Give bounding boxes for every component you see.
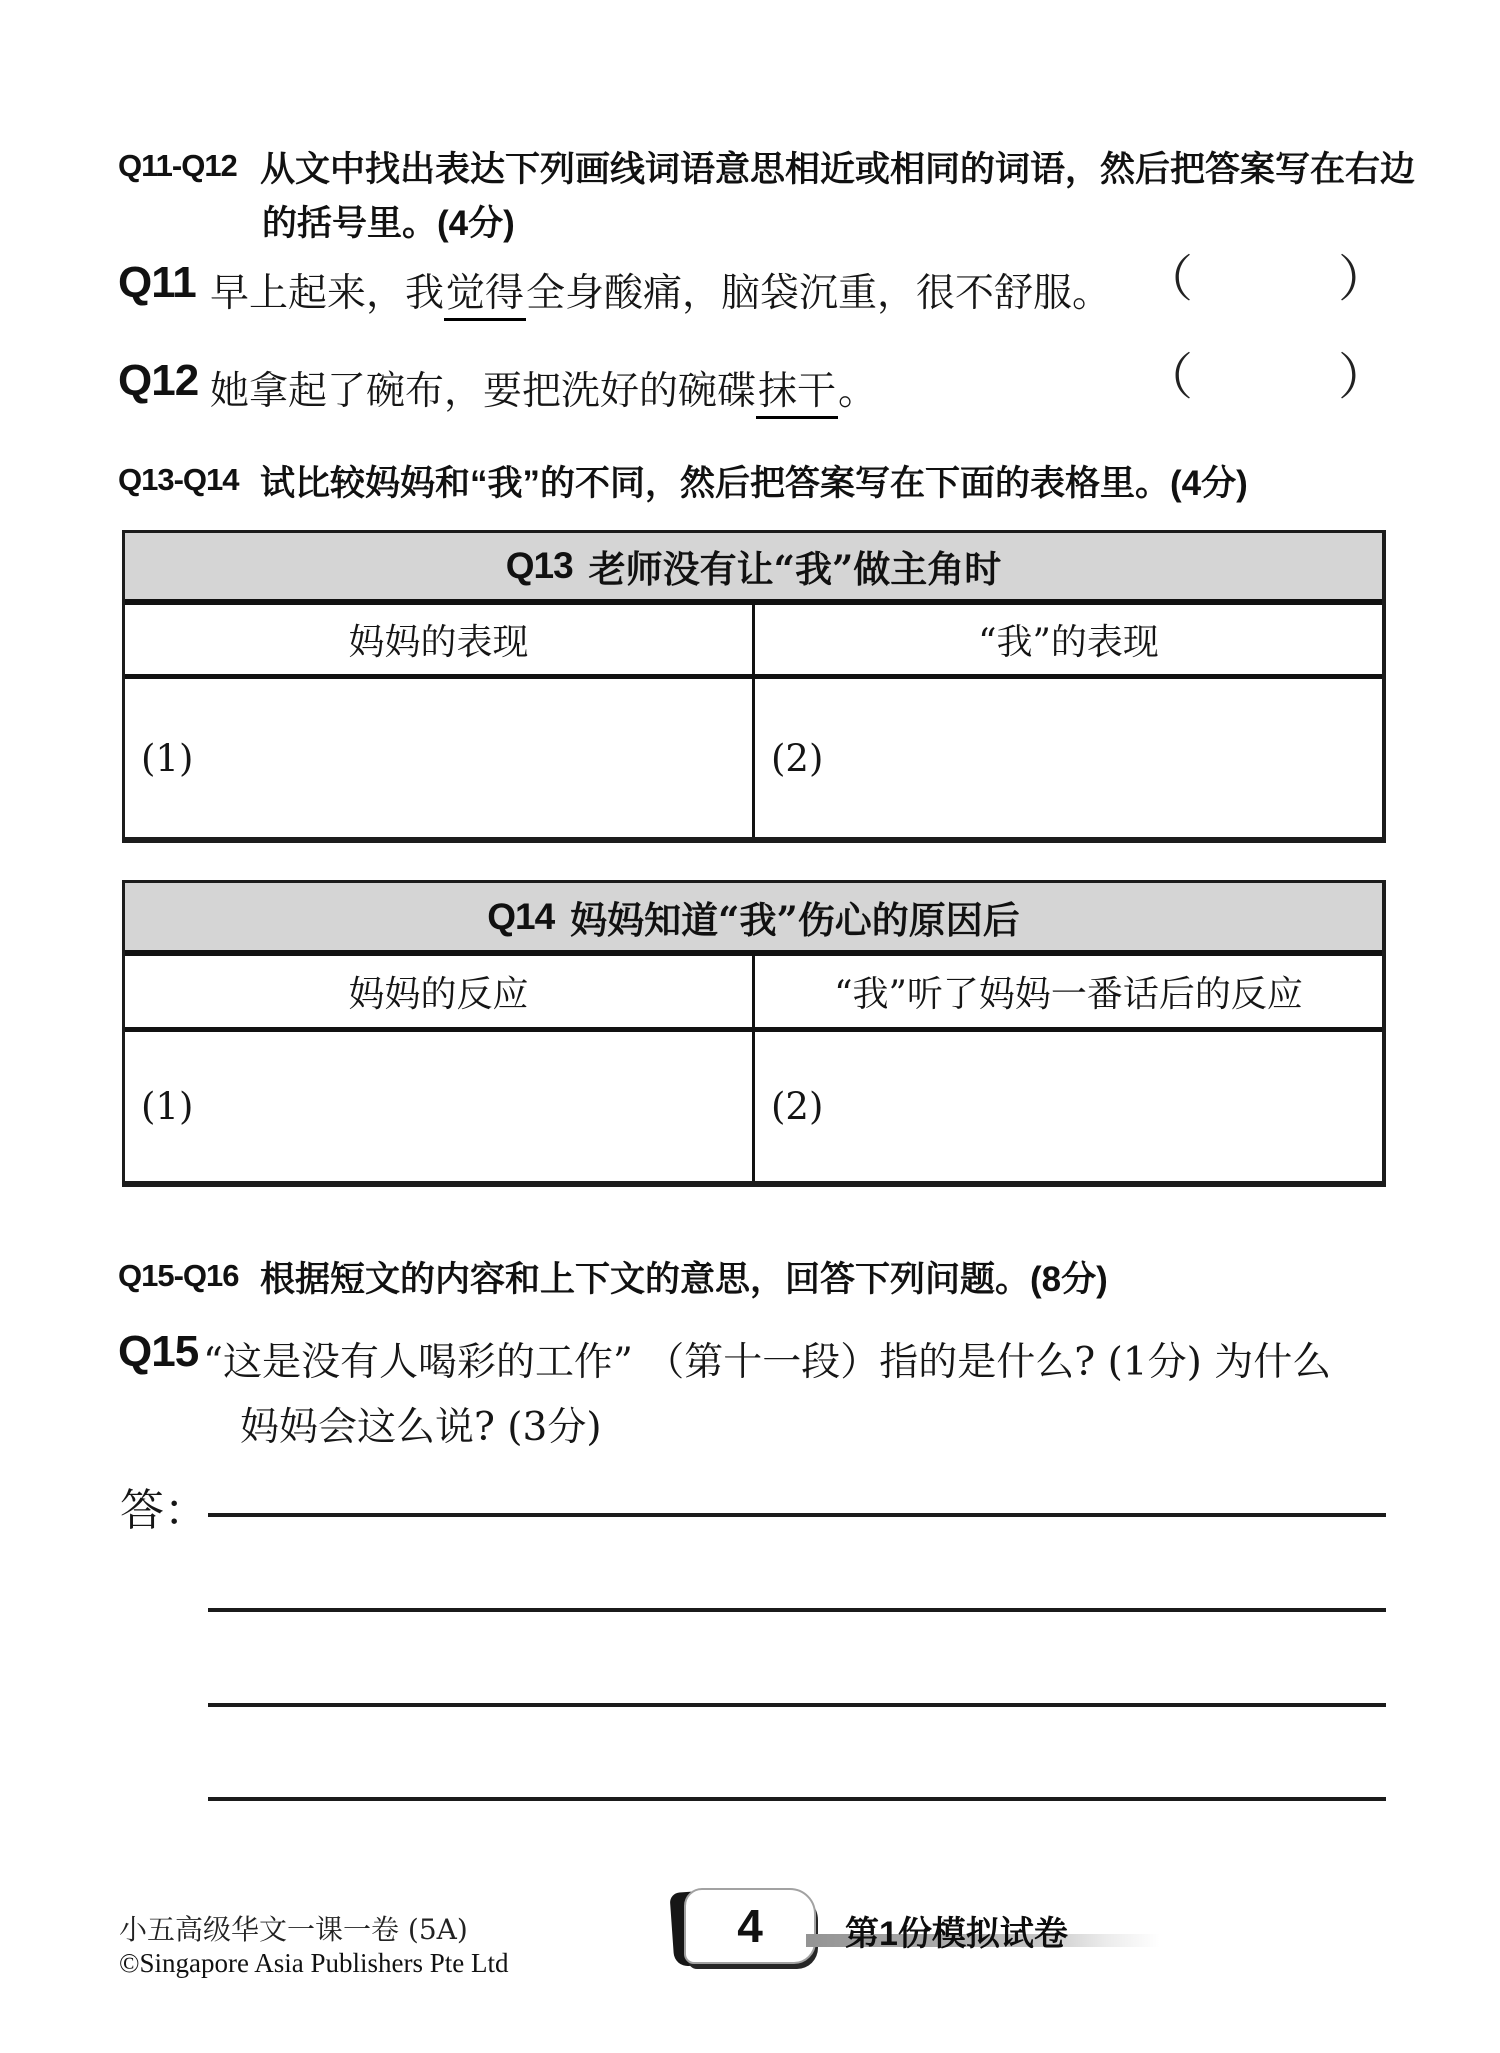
q15-16-instruction: 根据短文的内容和上下文的意思，回答下列问题。(8分) [260,1252,1108,1302]
q14-table-col2-header: “我”听了妈妈一番话后的反应 [755,956,1382,1027]
page-tab-body: 4 [684,1888,816,1964]
answer-label: 答： [120,1474,208,1538]
q13-table-answer-cell-1: (1) [125,679,755,837]
q11-underlined-word: 觉得 [444,271,526,321]
footer-book-title: 小五高级华文一课一卷 (5A) [119,1908,468,1948]
q12-label: Q12 [118,356,198,406]
q13-table: Q13 老师没有让“我”做主角时 妈妈的表现 “我”的表现 (1) (2) [122,530,1386,843]
page-number-tab: 4 [670,1886,820,1978]
answer-writing-line-2 [208,1608,1386,1612]
q14-table-answer-cell-1: (1) [125,1032,755,1181]
q13-14-section-label: Q13-Q14 [118,462,239,498]
q11-label: Q11 [118,258,196,308]
q14-table-header-row: 妈妈的反应 “我”听了妈妈一番话后的反应 [125,956,1382,1032]
q13-table-title: 老师没有让“我”做主角时 [589,539,1002,593]
q12-answer-paren-open: （ [1143,352,1193,402]
q12-sentence: 她拿起了碗布，要把洗好的碗碟抹干。 [210,360,877,416]
q11-12-instruction-line1: 从文中找出表达下列画线词语意思相近或相同的词语，然后把答案写在右边 [260,142,1415,192]
q11-answer-paren-close: ） [1338,254,1388,304]
answer-writing-line-3 [208,1703,1386,1707]
page-number: 4 [737,1899,763,1953]
q13-table-col2-header: “我”的表现 [755,605,1382,674]
q14-table: Q14 妈妈知道“我”伤心的原因后 妈妈的反应 “我”听了妈妈一番话后的反应 (… [122,880,1386,1187]
answer-writing-line-1 [208,1513,1386,1517]
q12-underlined-word: 抹干 [756,369,838,419]
q13-table-header-row: 妈妈的表现 “我”的表现 [125,605,1382,679]
q13-table-title-row: Q13 老师没有让“我”做主角时 [125,533,1382,605]
q14-table-title: 妈妈知道“我”伤心的原因后 [570,890,1020,944]
q11-answer-paren-open: （ [1143,254,1193,304]
q11-text-post: 全身酸痛，脑袋沉重，很不舒服。 [526,271,1111,316]
exam-page: Q11-Q12 从文中找出表达下列画线词语意思相近或相同的词语，然后把答案写在右… [0,0,1500,2053]
q11-12-instruction-line2: 的括号里。(4分) [262,196,515,246]
q13-table-answer-row: (1) (2) [125,679,1382,837]
q14-table-col1-header: 妈妈的反应 [125,956,755,1027]
footer-chapter-title: 第1份模拟试卷 [845,1906,1068,1955]
q14-table-answer-row: (1) (2) [125,1032,1382,1181]
q12-text-pre: 她拿起了碗布，要把洗好的碗碟 [210,369,756,414]
q14-table-answer-cell-2: (2) [755,1032,1382,1181]
q12-answer-paren-close: ） [1338,352,1388,402]
q15-16-section-label: Q15-Q16 [118,1258,239,1294]
q15-label: Q15 [118,1327,198,1377]
answer-writing-line-4 [208,1797,1386,1801]
q14-table-title-row: Q14 妈妈知道“我”伤心的原因后 [125,883,1382,956]
q15-question-line1: “这是没有人喝彩的工作” （第十一段）指的是什么? (1分) 为什么 [203,1331,1331,1387]
q14-table-qlabel: Q14 [487,896,554,938]
q11-sentence: 早上起来，我觉得全身酸痛，脑袋沉重，很不舒服。 [210,262,1111,318]
q12-text-post: 。 [838,369,877,414]
q13-table-qlabel: Q13 [506,545,573,587]
q11-text-pre: 早上起来，我 [210,271,444,316]
footer-copyright: ©Singapore Asia Publishers Pte Ltd [119,1948,509,1979]
q13-table-answer-cell-2: (2) [755,679,1382,837]
q11-12-section-label: Q11-Q12 [118,148,237,184]
q13-14-instruction: 试比较妈妈和“我”的不同，然后把答案写在下面的表格里。(4分) [260,456,1248,506]
q15-question-line2: 妈妈会这么说? (3分) [240,1396,602,1452]
q13-table-col1-header: 妈妈的表现 [125,605,755,674]
